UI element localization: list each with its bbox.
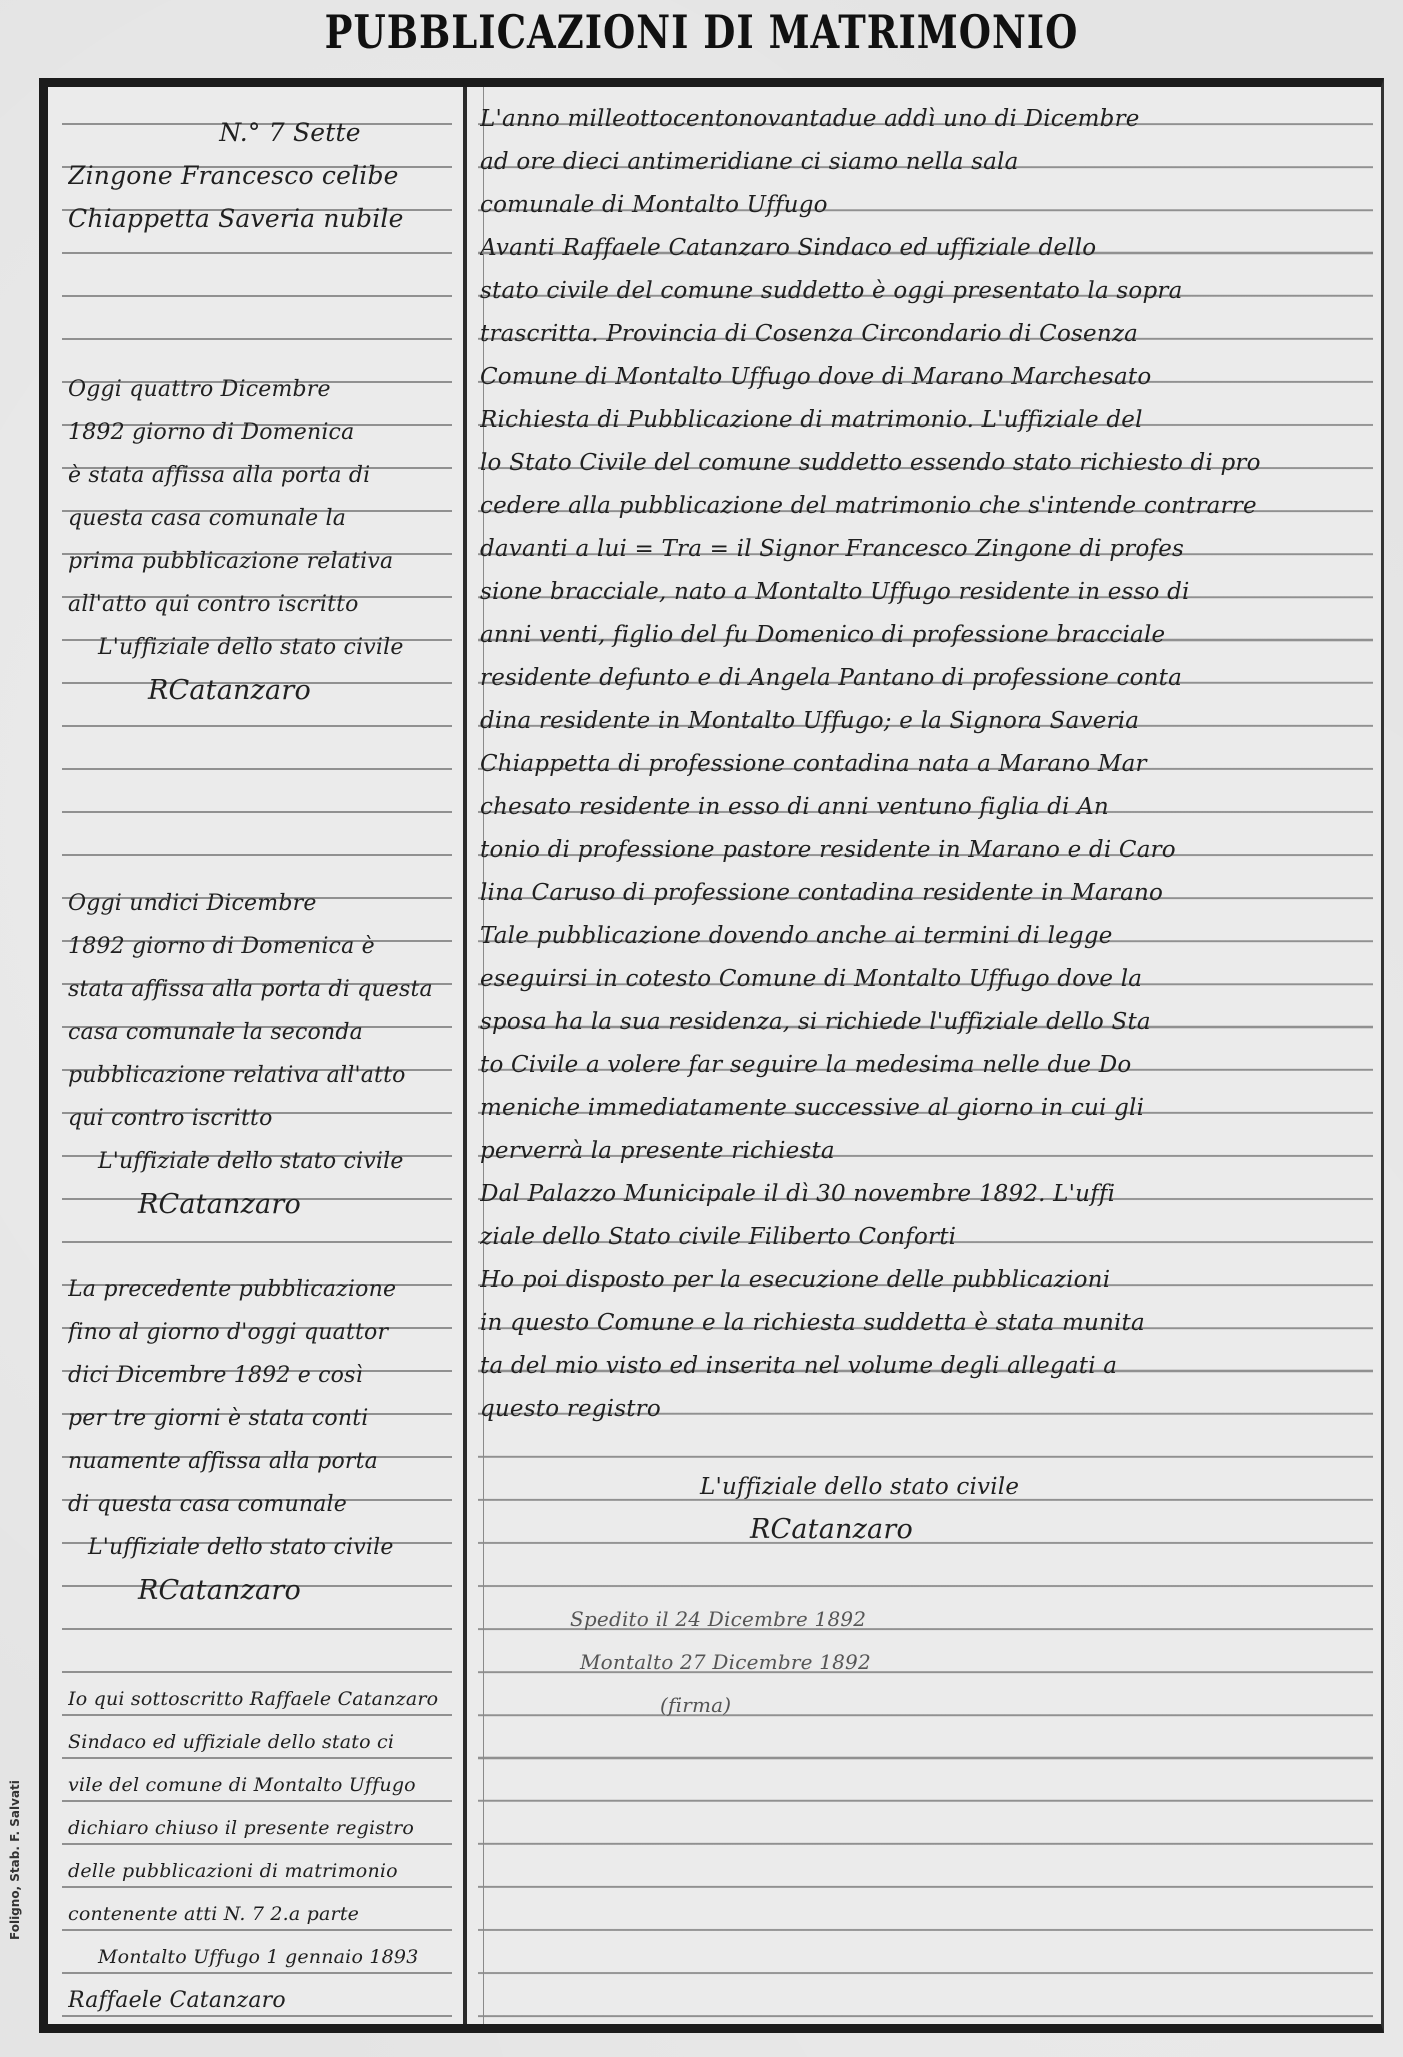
officer-signature: RCatanzaro xyxy=(68,1183,452,1226)
note-line: dici Dicembre 1892 e così xyxy=(68,1354,452,1397)
body-line: Comune di Montalto Uffugo dove di Marano… xyxy=(480,356,1375,399)
body-line: Richiesta di Pubblicazione di matrimonio… xyxy=(480,399,1375,442)
body-line: davanti a lui = Tra = il Signor Francesc… xyxy=(480,528,1375,571)
body-line: perverrà la presente richiesta xyxy=(480,1130,1375,1173)
note-line: prima pubblicazione relativa xyxy=(68,540,452,583)
body-line: eseguirsi in cotesto Comune di Montalto … xyxy=(480,958,1375,1001)
note-line: di questa casa comunale xyxy=(68,1483,452,1526)
body-line: Avanti Raffaele Catanzaro Sindaco ed uff… xyxy=(480,227,1375,270)
document-page: PUBBLICAZIONI DI MATRIMONIO Foligno, Sta… xyxy=(0,0,1403,2057)
groom-name: Zingone Francesco celibe xyxy=(68,154,452,197)
body-line: ziale dello Stato civile Filiberto Confo… xyxy=(480,1216,1375,1259)
closing-date: Montalto Uffugo 1 gennaio 1893 xyxy=(68,1936,452,1979)
note-line: casa comunale la seconda xyxy=(68,1011,452,1054)
body-line: tonio di professione pastore residente i… xyxy=(480,829,1375,872)
annotation-received: Montalto 27 Dicembre 1892 xyxy=(580,1641,871,1684)
second-publication-note: Oggi undici Dicembre 1892 giorno di Dome… xyxy=(68,882,452,1226)
body-line: meniche immediatamente successive al gio… xyxy=(480,1087,1375,1130)
note-line: Io qui sottoscritto Raffaele Catanzaro xyxy=(68,1678,452,1721)
note-line: delle pubblicazioni di matrimonio xyxy=(68,1850,452,1893)
body-line: sione bracciale, nato a Montalto Uffugo … xyxy=(480,571,1375,614)
body-line: ad ore dieci antimeridiane ci siamo nell… xyxy=(480,141,1375,184)
body-line: anni venti, figlio del fu Domenico di pr… xyxy=(480,614,1375,657)
note-line: qui contro iscritto xyxy=(68,1097,452,1140)
annotation-initials: (firma) xyxy=(660,1684,731,1727)
note-line: pubblicazione relativa all'atto xyxy=(68,1054,452,1097)
note-line: Sindaco ed uffiziale dello stato ci xyxy=(68,1721,452,1764)
note-line: dichiaro chiuso il presente registro xyxy=(68,1807,452,1850)
note-line: nuamente affissa alla porta xyxy=(68,1440,452,1483)
publication-request-body: L'anno milleottocentonovantadue addì uno… xyxy=(480,98,1375,1431)
affixation-note: La precedente pubblicazione fino al gior… xyxy=(68,1268,452,1612)
note-line: 1892 giorno di Domenica è xyxy=(68,925,452,968)
body-line: comunale di Montalto Uffugo xyxy=(480,184,1375,227)
note-line: 1892 giorno di Domenica xyxy=(68,411,452,454)
body-line: Ho poi disposto per la esecuzione delle … xyxy=(480,1259,1375,1302)
body-line: Chiappetta di professione contadina nata… xyxy=(480,743,1375,786)
officer-title: L'uffiziale dello stato civile xyxy=(68,626,452,669)
body-line: dina residente in Montalto Uffugo; e la … xyxy=(480,700,1375,743)
bride-name: Chiappetta Saveria nubile xyxy=(68,197,452,240)
body-line: cedere alla pubblicazione del matrimonio… xyxy=(480,485,1375,528)
body-line: in questo Comune e la richiesta suddetta… xyxy=(480,1302,1375,1345)
note-line: fino al giorno d'oggi quattor xyxy=(68,1311,452,1354)
note-line: contenente atti N. 7 2.a parte xyxy=(68,1893,452,1936)
mayor-signature: Raffaele Catanzaro xyxy=(68,1979,452,2022)
body-line: lo Stato Civile del comune suddetto esse… xyxy=(480,442,1375,485)
column-divider xyxy=(463,87,467,2024)
body-line: L'anno milleottocentonovantadue addì uno… xyxy=(480,98,1375,141)
note-line: Oggi quattro Dicembre xyxy=(68,368,452,411)
officer-signature: RCatanzaro xyxy=(750,1508,913,1551)
note-line: è stata affissa alla porta di xyxy=(68,454,452,497)
officer-signature: RCatanzaro xyxy=(68,669,452,712)
officer-title: L'uffiziale dello stato civile xyxy=(68,1526,452,1569)
body-line: lina Caruso di professione contadina res… xyxy=(480,872,1375,915)
act-number: N.° 7 Sette xyxy=(68,111,452,154)
note-line: questa casa comunale la xyxy=(68,497,452,540)
body-line: stato civile del comune suddetto è oggi … xyxy=(480,270,1375,313)
body-line: questo registro xyxy=(480,1388,1375,1431)
page-title: PUBBLICAZIONI DI MATRIMONIO xyxy=(0,4,1403,59)
note-line: per tre giorni è stata conti xyxy=(68,1397,452,1440)
body-line: Tale pubblicazione dovendo anche ai term… xyxy=(480,915,1375,958)
body-line: Dal Palazzo Municipale il dì 30 novembre… xyxy=(480,1173,1375,1216)
note-line: all'atto qui contro iscritto xyxy=(68,583,452,626)
body-line: residente defunto e di Angela Pantano di… xyxy=(480,657,1375,700)
closing-note: Io qui sottoscritto Raffaele Catanzaro S… xyxy=(68,1678,452,2022)
annotation-sent: Spedito il 24 Dicembre 1892 xyxy=(570,1598,866,1641)
officer-signature: RCatanzaro xyxy=(68,1569,452,1612)
left-column: N.° 7 Sette Zingone Francesco celibe Chi… xyxy=(68,111,452,240)
officer-title: L'uffiziale dello stato civile xyxy=(700,1466,1019,1509)
body-line: ta del mio visto ed inserita nel volume … xyxy=(480,1345,1375,1388)
body-line: sposa ha la sua residenza, si richiede l… xyxy=(480,1001,1375,1044)
note-line: Oggi undici Dicembre xyxy=(68,882,452,925)
first-publication-note: Oggi quattro Dicembre 1892 giorno di Dom… xyxy=(68,368,452,712)
note-line: vile del comune di Montalto Uffugo xyxy=(68,1764,452,1807)
body-line: trascritta. Provincia di Cosenza Circond… xyxy=(480,313,1375,356)
note-line: stata affissa alla porta di questa xyxy=(68,968,452,1011)
officer-title: L'uffiziale dello stato civile xyxy=(68,1140,452,1183)
printer-imprint: Foligno, Stab. F. Salvati xyxy=(8,1690,22,1940)
body-line: chesato residente in esso di anni ventun… xyxy=(480,786,1375,829)
note-line: La precedente pubblicazione xyxy=(68,1268,452,1311)
body-line: to Civile a volere far seguire la medesi… xyxy=(480,1044,1375,1087)
